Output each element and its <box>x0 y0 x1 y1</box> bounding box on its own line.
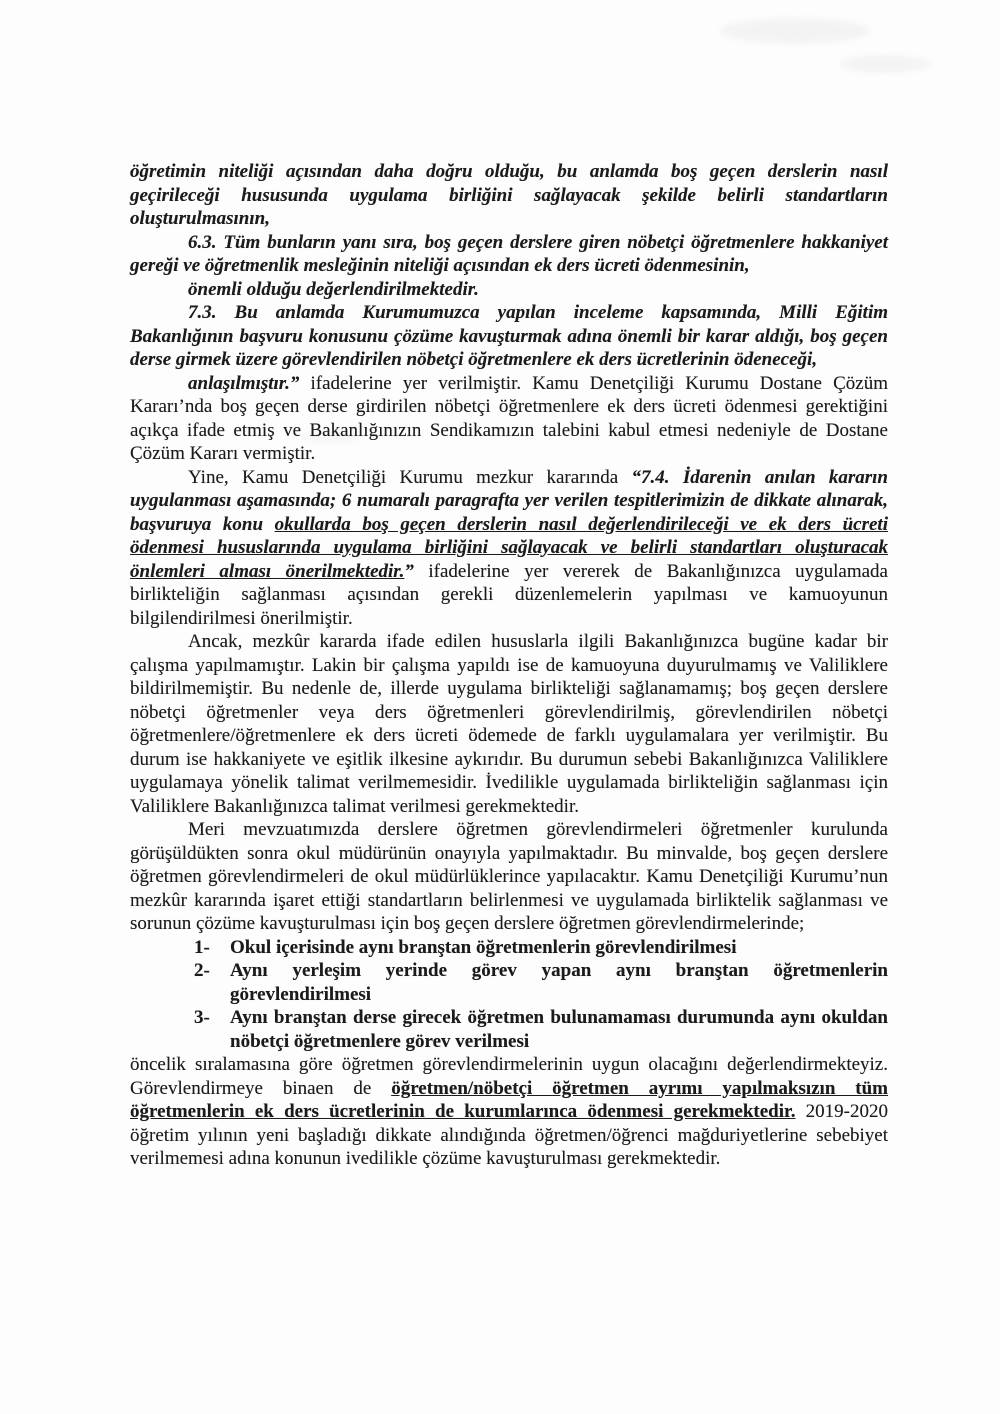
scan-smudge <box>720 18 870 44</box>
document-body: öğretimin niteliği açısından daha doğru … <box>130 160 888 1171</box>
list-item-text: Aynı branştan derse girecek öğretmen bul… <box>230 1006 888 1053</box>
list-item-text: Aynı yerleşim yerinde görev yapan aynı b… <box>230 959 888 1006</box>
paragraph-quote-6-3-end: önemli olduğu değerlendirilmektedir. <box>188 278 888 302</box>
paragraph-quote-7-3: 7.3. Bu anlamda Kurumumuzca yapılan ince… <box>130 301 888 372</box>
scan-smudge <box>840 55 930 73</box>
paragraph-ancak: Ancak, mezkûr kararda ifade edilen husus… <box>130 630 888 818</box>
list-item-number: 1- <box>194 936 230 960</box>
scanned-document-page: öğretimin niteliği açısından daha doğru … <box>0 0 1000 1414</box>
list-item-number: 3- <box>194 1006 230 1053</box>
priority-order-list: 1- Okul içerisinde aynı branştan öğretme… <box>130 936 888 1054</box>
list-item-3: 3- Aynı branştan derse girecek öğretmen … <box>194 1006 888 1053</box>
list-item-text: Okul içerisinde aynı branştan öğretmenle… <box>230 936 888 960</box>
quote-end-fragment: anlaşılmıştır.” <box>188 373 299 394</box>
body-text: Yine, Kamu Denetçiliği Kurumu mezkur kar… <box>188 467 632 488</box>
paragraph-dostane-cozum: anlaşılmıştır.” ifadelerine yer verilmiş… <box>130 372 888 466</box>
list-item-1: 1- Okul içerisinde aynı branştan öğretme… <box>194 936 888 960</box>
paragraph-quote-6-3: 6.3. Tüm bunların yanı sıra, boş geçen d… <box>130 231 888 278</box>
list-item-number: 2- <box>194 959 230 1006</box>
paragraph-meri-mevzuat: Meri mevzuatımızda derslere öğretmen gör… <box>130 818 888 936</box>
list-item-2: 2- Aynı yerleşim yerinde görev yapan ayn… <box>194 959 888 1006</box>
closing-quote-mark: ” <box>404 561 414 582</box>
paragraph-quote-continuation: öğretimin niteliği açısından daha doğru … <box>130 160 888 231</box>
paragraph-quote-7-4: Yine, Kamu Denetçiliği Kurumu mezkur kar… <box>130 466 888 631</box>
paragraph-conclusion: öncelik sıralamasına göre öğretmen görev… <box>130 1053 888 1171</box>
